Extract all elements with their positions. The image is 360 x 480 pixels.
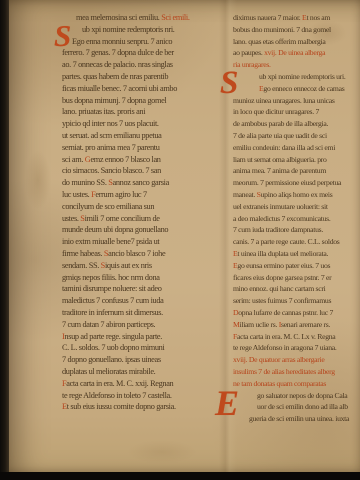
text-line: ne tam donatas quam comparatas [233,378,360,390]
text-line: te rege Aldefonso in toleto 7 castella. [62,390,226,402]
text-line: cio sirnacos. Sancio blasco. 7 san [62,165,226,177]
text-line: gmiqs nepos filiis. hoc nrm dona [62,272,226,284]
text-line: Et sub eius iussu comite dopno garsia. [62,401,226,413]
text-line: uel extraneis inmutare uoluerit: sit [233,201,360,213]
text-line: Insup ad parte rege. singula parte. [62,331,226,343]
text-line: 7 cum datan 7 abiron particeps. [62,319,226,331]
right-column-lines: diximus nauera 7 maior. Et nos ambobus d… [233,12,360,425]
ink-text: canis. 7 a parte rege caute. C.L. soldos [233,237,339,246]
ink-text: emiliu condeuin: dana illa ad sci emi [233,143,335,152]
ink-text: acta carta in era. M. C. xxij. Regnan [66,379,173,388]
text-line: liam ut sernat oma albigueria. pro [233,154,360,166]
left-column-lines: mea melemosina sci emiliu. Sci emili.ub … [62,12,226,413]
text-line: do munino SS. Sannoz sanco garsia [62,177,226,189]
parchment-stain [25,150,51,210]
text-line: ferrero. 7 genas. 7 dopna dulce de ber [62,47,226,59]
left-column: mea melemosina sci emiliu. Sci emili.ub … [62,12,226,413]
text-line: insulims 7 de alias hereditates alberg [233,366,360,378]
text-line: ypicio qd inter nos 7 uos placuit. [62,118,226,130]
ink-text: errum agiro luc 7 [95,190,146,199]
ink-text: duplatas ul melioratas mirabile. [62,367,155,376]
text-line: Et uinea illa duplata uel meliorata. [233,248,360,260]
text-line: concilyum de sco emiliana sun [62,201,226,213]
text-line: ficares eius dopne garsea pstnr. 7 er [233,272,360,284]
text-line: firme habeas. Sancio blasco 7 iohe [62,248,226,260]
ink-text: 7 cum iuda traditore dampnatus. [233,225,323,234]
ink-text: iquis aut ex nris [105,261,152,270]
rubric-text: ne tam donatas quam comparatas [233,379,326,388]
text-line: meorum. 7 permissione eiusd perpetua [233,177,360,189]
ink-text: sendam. SS. [62,261,101,270]
ink-text: bus dopna mimunj. 7 dopna gomel [62,96,166,105]
text-line: luc ustes. Ferrum agiro luc 7 [62,189,226,201]
ink-text: ancio blasco 7 iohe [108,249,165,258]
text-line: gueria de sci emilin una uinea. iuxta [233,413,360,425]
text-line: C. L. soldos. 7 uob dopno mimuni [62,342,226,354]
text-line: Miliam uclie rs. Isenari aremare rs. [233,319,360,331]
ink-text: ao. 7 onnecas de palacio. nras singlas [62,60,173,69]
ink-text: luc ustes. [62,190,91,199]
ink-text: uor de sci emilin dono ad illa alb [257,402,348,411]
text-line: maledictus 7 confusus 7 cum iuda [62,295,226,307]
text-line: inio extm miualle bene7 psida ut [62,236,226,248]
text-line: ub xpi nomine redemptoris nri. [62,24,226,36]
text-line: ub xpi nomine redemptoris uri. [233,71,360,83]
ink-text: a deo maledictus 7 excomunicatus. [233,214,330,223]
ink-text: go saluator nepos de dopna Cala [257,391,347,400]
ink-text: mino ennoz. qui hanc cartam scri [233,284,325,293]
text-line: emiliu condeuin: dana illa ad sci emi [233,142,360,154]
ink-text: 7 dopno gonuellano. ipsas uineas [62,355,161,364]
text-line: go saluator nepos de dopna Cala [233,390,360,402]
manuscript-page: mea melemosina sci emiliu. Sci emili.ub … [7,0,360,472]
ink-text: ut seruat. ad scm emilianu ppetua [62,131,162,140]
text-line: ficas miualle benec. 7 acorni ubi ambo [62,83,226,95]
ink-text: ypicio qd inter nos 7 uos placuit. [62,119,159,128]
ink-text: gmiqs nepos filiis. hoc nrm dona [62,273,160,282]
ink-text: senari aremare rs. [281,320,330,329]
text-line: Facta carta in era. M. C. xxij. Regnan [62,378,226,390]
ink-text: bobus dno munimoni. 7 dna gomel [233,25,331,34]
text-line: a deo maledictus 7 excomunicatus. [233,213,360,225]
ink-text: concilyum de sco emiliana sun [62,202,154,211]
text-line: lano. quas etas offerim malbergia [233,36,360,48]
ink-text: partes. quas habem de nras parentib [62,72,168,81]
ink-text: ficas miualle benec. 7 acorni ubi ambo [62,84,177,93]
ink-text: te rege Aldefonso in aragona 7 uiana. [233,343,337,352]
ink-text: sci am. [62,155,85,164]
text-line: anima mea. 7 anima de parentum [233,165,360,177]
ink-text: cio sirnacos. Sancio blasco. 7 san [62,166,161,175]
ink-text: in loco que dicitur unragares. 7 [233,107,319,116]
text-line: bobus dno munimoni. 7 dna gomel [233,24,360,36]
text-line: partes. quas habem de nras parentib [62,71,226,83]
text-line: uor de sci emilin dono ad illa alb [233,401,360,413]
ink-text: serniat. pro anima mea 7 parentu [62,143,160,152]
ink-text: upino aliqs homo ex meis [261,190,333,199]
ink-text: diximus nauera 7 maior. [233,13,302,22]
text-line: traditore in infernum sit dimersus. [62,307,226,319]
ink-text: C. L. soldos. 7 uob dopno mimuni [62,343,164,352]
rubric-text: xvij. De uinea alberga [264,48,325,57]
text-line: Ego enneco ennecoz de camas [233,83,360,95]
ink-text: de ambobus parab de illa albergia. [233,119,328,128]
binding-gutter-shadow [0,0,9,472]
ink-text: munde deum ubi dopna gonuellano [62,225,168,234]
text-line: Ego enna monniu senpru. 7 anico [62,36,226,48]
text-line: ut seruat. ad scm emilianu ppetua [62,130,226,142]
text-line: xviij. De quatuor arras albergarie [233,354,360,366]
text-line: serim: ustes fuimus 7 confirmamus [233,295,360,307]
text-line: 7 de alia parte uia que uadit de sci [233,130,360,142]
ink-text: imili 7 ome concilium de [85,214,160,223]
text-line: maneat. Supino aliqs homo ex meis [233,189,360,201]
ink-text: ferrero. 7 genas. 7 dopna dulce de ber [62,48,174,57]
ink-text: do munino SS. [62,178,108,187]
ink-text: anima mea. 7 anima de parentum [233,166,326,175]
text-line: ria unragares. [233,59,360,71]
text-line: munde deum ubi dopna gonuellano [62,224,226,236]
text-line: lano. priuatas itas. proris ani [62,106,226,118]
ink-text: t sub eius iussu comite dopno garsia. [67,402,176,411]
ink-text: 7 cum datan 7 abiron particeps. [62,320,155,329]
text-line: mea melemosina sci emiliu. Sci emili. [62,12,226,24]
text-line: 7 cum iuda traditore dampnatus. [233,224,360,236]
text-line: te rege Aldefonso in aragona 7 uiana. [233,342,360,354]
text-line: ao paupes. xvij. De uinea alberga [233,47,360,59]
ink-text: gueria de sci emilin una uinea. iuxta [249,414,349,423]
text-line: Facta carta in era. M. C. Lx v. Regna [233,331,360,343]
ink-text: traditore in infernum sit dimersus. [62,308,163,317]
ink-text: 7 de alia parte uia que uadit de sci [233,131,327,140]
ink-text: uel extraneis inmutare uoluerit: sit [233,202,328,211]
text-line: 7 dopno gonuellano. ipsas uineas [62,354,226,366]
ink-text: iliam uclie rs. [240,320,279,329]
ink-text: t nos am [306,13,330,22]
ink-text: lano. priuatas itas. proris ani [62,107,145,116]
ink-text: ub xpi nomine redemptoris nri. [82,25,175,34]
ink-text: ub xpi nomine redemptoris uri. [259,72,345,81]
right-column: diximus nauera 7 maior. Et nos ambobus d… [233,12,360,425]
text-line: de ambobus parab de illa albergia. [233,118,360,130]
ink-text: maledictus 7 confusus 7 cum iuda [62,296,163,305]
ink-text: lano. quas etas offerim malbergia [233,37,326,46]
ink-text: mea melemosina sci emiliu. [76,13,161,22]
text-line: duplatas ul melioratas mirabile. [62,366,226,378]
text-line: ustes. Simili 7 ome concilium de [62,213,226,225]
text-line: Dopna lufarre de cannas pstnr. luc 7 [233,307,360,319]
ink-text: te rege Aldefonso in toleto 7 castella. [62,391,172,400]
text-line: serniat. pro anima mea 7 parentu [62,142,226,154]
ink-text: ao paupes. [233,48,264,57]
ink-text: meorum. 7 permissione eiusd perpetua [233,178,341,187]
text-line: munioz uinea unragares. luna unicas [233,95,360,107]
text-line: in loco que dicitur unragares. 7 [233,106,360,118]
text-line: sci am. Gemz ennoo 7 blasco lan [62,154,226,166]
ink-text: emz ennoo 7 blasco lan [90,155,160,164]
rubric-text: Sci emili. [161,13,189,22]
ink-text: munioz uinea unragares. luna unicas [233,96,335,105]
ink-text: firme habeas. [62,249,104,258]
ink-text: opna lufarre de cannas pstnr. luc 7 [238,308,333,317]
text-line: sendam. SS. Siquis aut ex nris [62,260,226,272]
rubric-text: ria unragares. [233,60,271,69]
text-line: ao. 7 onnecas de palacio. nras singlas [62,59,226,71]
ink-text: go eunsa ermino pater eius. 7 uos [237,261,330,270]
ink-text: ficares eius dopne garsea pstnr. 7 er [233,273,331,282]
ink-text: Ego enna monniu senpru. 7 anico [72,37,172,46]
parchment-stain [127,440,197,464]
ink-text: tamini disrumpe noluere: sit adeo [62,284,162,293]
ink-text: nsup ad parte rege. singula parte. [64,332,162,341]
rubric-text: xviij. De quatuor arras albergarie [233,355,324,364]
ink-text: serim: ustes fuimus 7 confirmamus [233,296,331,305]
text-line: tamini disrumpe noluere: sit adeo [62,283,226,295]
ink-text: acta carta in era. M. C. Lx v. Regna [237,332,335,341]
text-line: canis. 7 a parte rege caute. C.L. soldos [233,236,360,248]
ink-text: liam ut sernat oma albigueria. pro [233,155,327,164]
text-line: bus dopna mimunj. 7 dopna gomel [62,95,226,107]
ink-text: annoz sanco garsia [113,178,169,187]
text-line: diximus nauera 7 maior. Et nos am [233,12,360,24]
text-line: Ego eunsa ermino pater eius. 7 uos [233,260,360,272]
ink-text: ustes. [62,214,80,223]
text-line: mino ennoz. qui hanc cartam scri [233,283,360,295]
ink-text: inio extm miualle bene7 psida ut [62,237,159,246]
ink-text: t uinea illa duplata uel meliorata. [237,249,328,258]
rubric-text: insulims 7 de alias hereditates alberg [233,367,335,376]
ink-text: go enneco ennecoz de camas [263,84,344,93]
ink-text: maneat. [233,190,257,199]
